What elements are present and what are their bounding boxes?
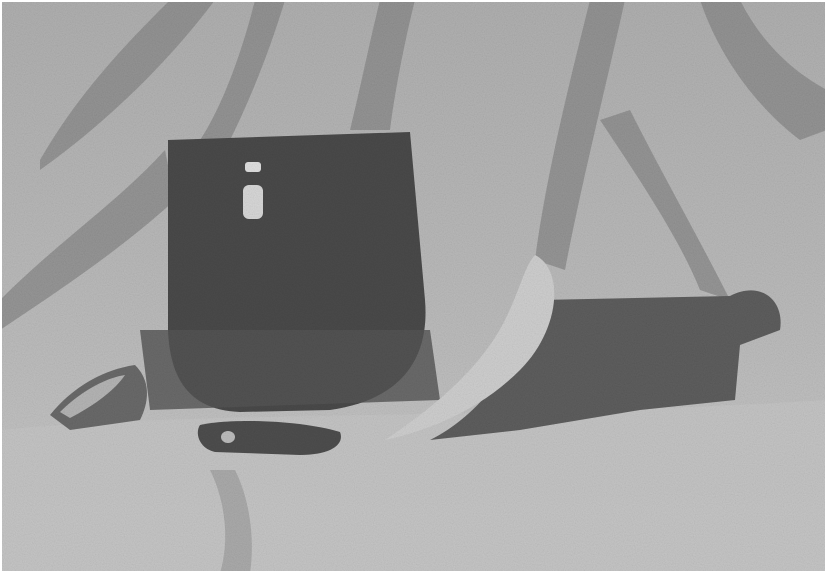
vessel-highlight-top — [245, 162, 261, 172]
photograph: Grayscale photograph of ancient artifact… — [0, 0, 827, 573]
vessel-shadow — [140, 330, 440, 410]
photo-scene — [0, 0, 827, 573]
vessel-highlight — [243, 185, 263, 219]
bead-highlight — [221, 431, 235, 443]
